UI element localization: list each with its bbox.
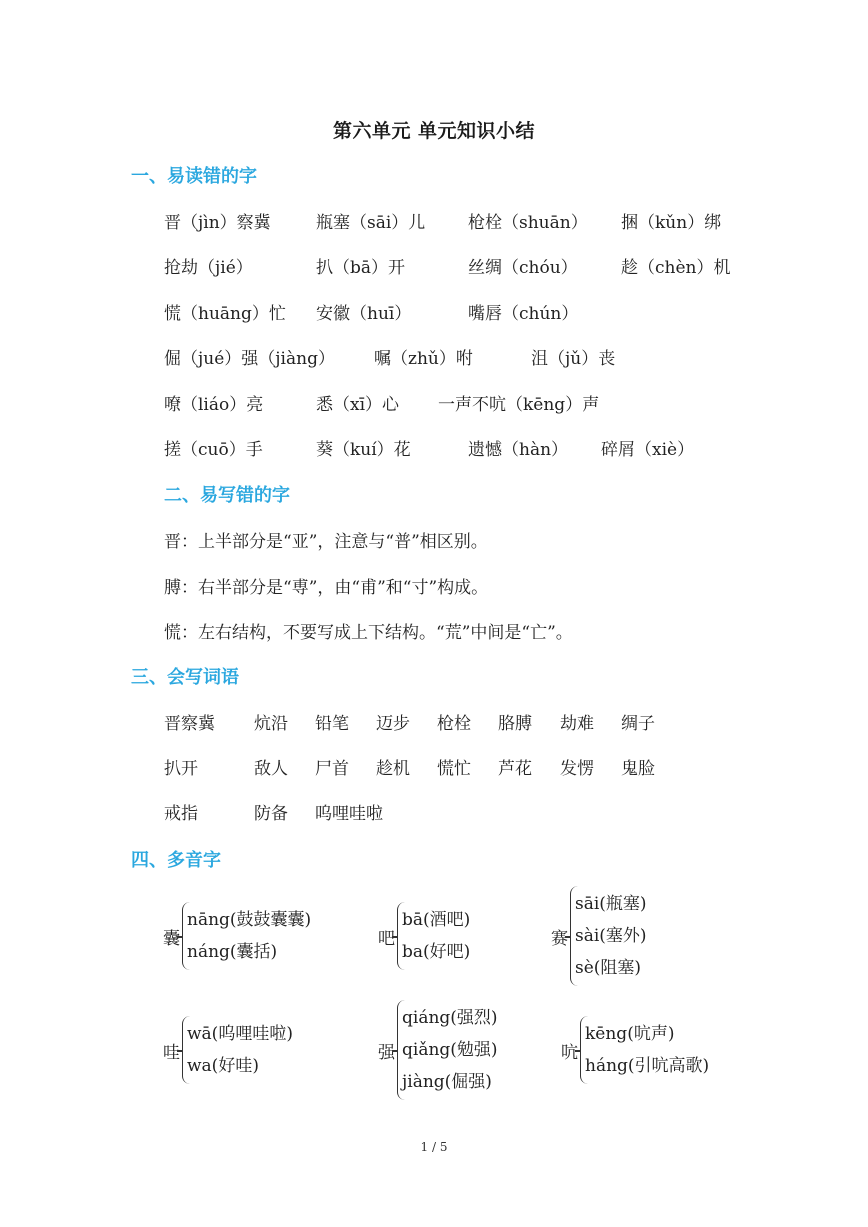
reading: háng(引吭高歌) (585, 1050, 709, 1082)
brace-icon: wā(呜哩哇啦) wa(好哇) (182, 1016, 293, 1084)
reading: qiáng(强烈) (402, 1002, 498, 1034)
list-item: 安徽（huī） (316, 299, 411, 324)
word: 慌忙 (437, 754, 471, 779)
polyphone-group: 强 qiáng(强烈) qiǎng(勉强) jiàng(倔强) (378, 1000, 498, 1100)
word: 铅笔 (315, 709, 349, 734)
word: 绸子 (621, 709, 655, 734)
list-item: 瓶塞（sāi）儿 (316, 208, 425, 233)
list-item: 捆（kǔn）绑 (621, 208, 721, 233)
page-title: 第六单元 单元知识小结 (0, 116, 868, 143)
word: 敌人 (254, 754, 288, 779)
list-item: 遗憾（hàn） (468, 435, 568, 460)
list-item: 嘱（zhǔ）咐 (374, 344, 473, 369)
miswrite-note: 晋：上半部分是“亚”，注意与“普”相区别。 (164, 527, 488, 552)
reading: bā(酒吧) (402, 904, 470, 936)
list-item: 悉（xī）心 (316, 390, 399, 415)
word: 发愣 (560, 754, 594, 779)
list-item: 扒（bā）开 (316, 253, 405, 278)
reading: wā(呜哩哇啦) (187, 1018, 293, 1050)
polyphone-group: 吧 bā(酒吧) ba(好吧) (378, 902, 470, 970)
word: 戒指 (164, 799, 198, 824)
word: 炕沿 (254, 709, 288, 734)
reading: sè(阻塞) (575, 952, 647, 984)
section-heading-words: 三、会写词语 (131, 663, 239, 689)
word: 防备 (254, 799, 288, 824)
list-item: 嘴唇（chún） (468, 299, 578, 324)
reading: nāng(鼓鼓囊囊) (187, 904, 311, 936)
list-item: 晋（jìn）察冀 (164, 208, 271, 233)
list-item: 抢劫（jié） (164, 253, 253, 278)
reading: ba(好吧) (402, 936, 470, 968)
list-item: 葵（kuí）花 (316, 435, 411, 460)
list-item: 枪栓（shuān） (468, 208, 588, 233)
word: 胳膊 (498, 709, 532, 734)
section-heading-polyphones: 四、多音字 (131, 846, 221, 872)
miswrite-note: 膊：右半部分是“尃”，由“甫”和“寸”构成。 (164, 573, 488, 598)
brace-icon: bā(酒吧) ba(好吧) (397, 902, 470, 970)
section-heading-misread: 一、易读错的字 (131, 162, 257, 188)
list-item: 搓（cuō）手 (164, 435, 263, 460)
reading: kēng(吭声) (585, 1018, 709, 1050)
word: 鬼脸 (621, 754, 655, 779)
word: 趁机 (376, 754, 410, 779)
reading: jiàng(倔强) (402, 1066, 498, 1098)
list-item: 丝绸（chóu） (468, 253, 578, 278)
word: 呜哩哇啦 (315, 799, 383, 824)
list-item: 倔（jué）强（jiàng） (164, 344, 335, 369)
word: 劫难 (560, 709, 594, 734)
reading: sài(塞外) (575, 920, 647, 952)
brace-icon: nāng(鼓鼓囊囊) náng(囊括) (182, 902, 311, 970)
polyphone-group: 哇 wā(呜哩哇啦) wa(好哇) (163, 1016, 293, 1084)
brace-icon: sāi(瓶塞) sài(塞外) sè(阻塞) (570, 886, 647, 986)
list-item: 趁（chèn）机 (621, 253, 730, 278)
list-item: 慌（huāng）忙 (164, 299, 286, 324)
polyphone-group: 囊 nāng(鼓鼓囊囊) náng(囊括) (163, 902, 311, 970)
page-indicator: 1 / 5 (0, 1140, 868, 1154)
reading: sāi(瓶塞) (575, 888, 647, 920)
brace-icon: qiáng(强烈) qiǎng(勉强) jiàng(倔强) (397, 1000, 498, 1100)
miswrite-note: 慌：左右结构，不要写成上下结构。“荒”中间是“亡”。 (164, 618, 573, 643)
word: 迈步 (376, 709, 410, 734)
word: 芦花 (498, 754, 532, 779)
polyphone-group: 吭 kēng(吭声) háng(引吭高歌) (561, 1016, 709, 1084)
list-item: 碎屑（xiè） (601, 435, 694, 460)
word: 晋察冀 (164, 709, 215, 734)
list-item: 嘹（liáo）亮 (164, 390, 263, 415)
list-item: 一声不吭（kēng）声 (438, 390, 599, 415)
brace-icon: kēng(吭声) háng(引吭高歌) (580, 1016, 709, 1084)
polyphone-group: 赛 sāi(瓶塞) sài(塞外) sè(阻塞) (551, 886, 647, 986)
reading: náng(囊括) (187, 936, 311, 968)
reading: wa(好哇) (187, 1050, 293, 1082)
reading: qiǎng(勉强) (402, 1034, 498, 1066)
word: 枪栓 (437, 709, 471, 734)
word: 扒开 (164, 754, 198, 779)
list-item: 沮（jǔ）丧 (531, 344, 615, 369)
section-heading-miswrite: 二、易写错的字 (164, 481, 290, 507)
word: 尸首 (315, 754, 349, 779)
